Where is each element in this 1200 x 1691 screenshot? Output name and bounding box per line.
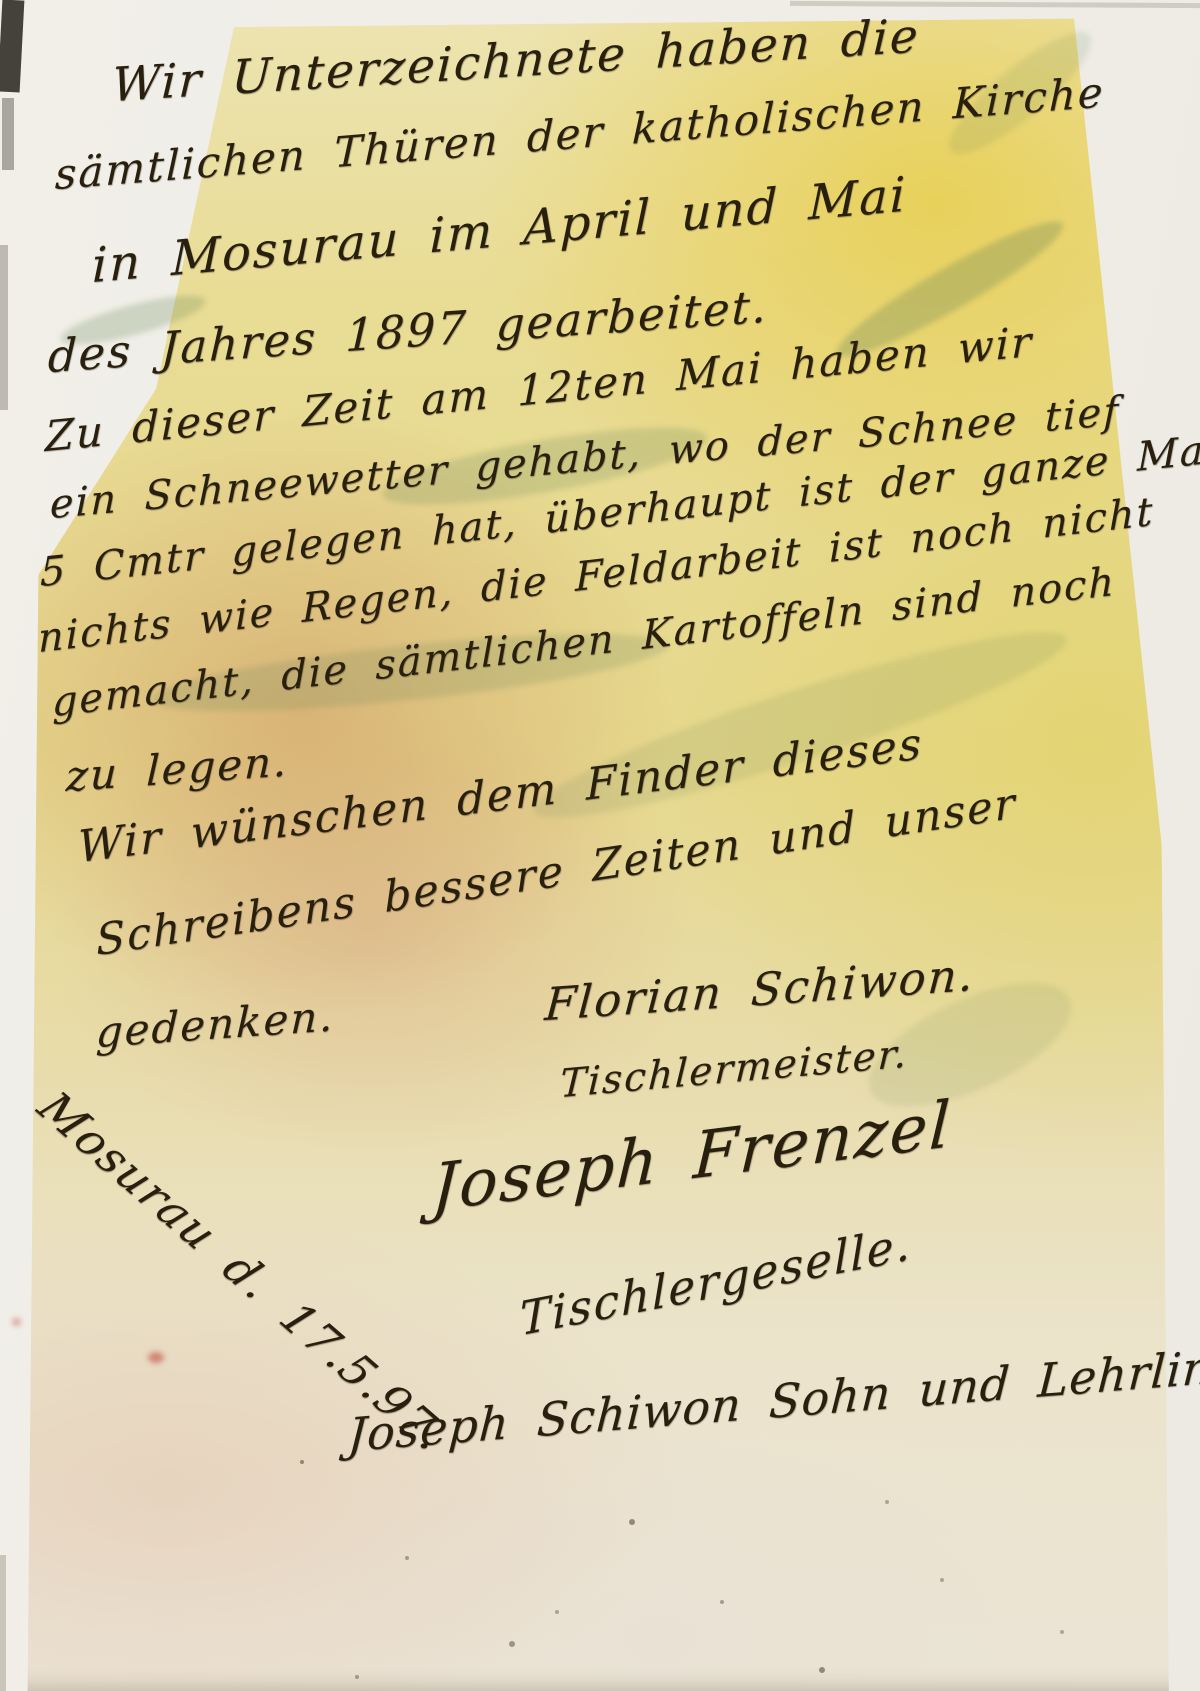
gutter-shadow-top bbox=[0, 0, 24, 93]
red-stain bbox=[12, 1318, 21, 1326]
gutter-streak bbox=[0, 245, 8, 410]
gutter-shadow-mid bbox=[2, 98, 14, 170]
red-stain bbox=[148, 1352, 164, 1363]
backing-sheet-edge-line bbox=[790, 1, 1200, 8]
photo-of-letter: Wir Unterzeichnete haben die sämtlichen … bbox=[0, 0, 1200, 1691]
gutter-streak-bottom bbox=[0, 1555, 6, 1691]
paper-speckles bbox=[300, 1460, 304, 1464]
